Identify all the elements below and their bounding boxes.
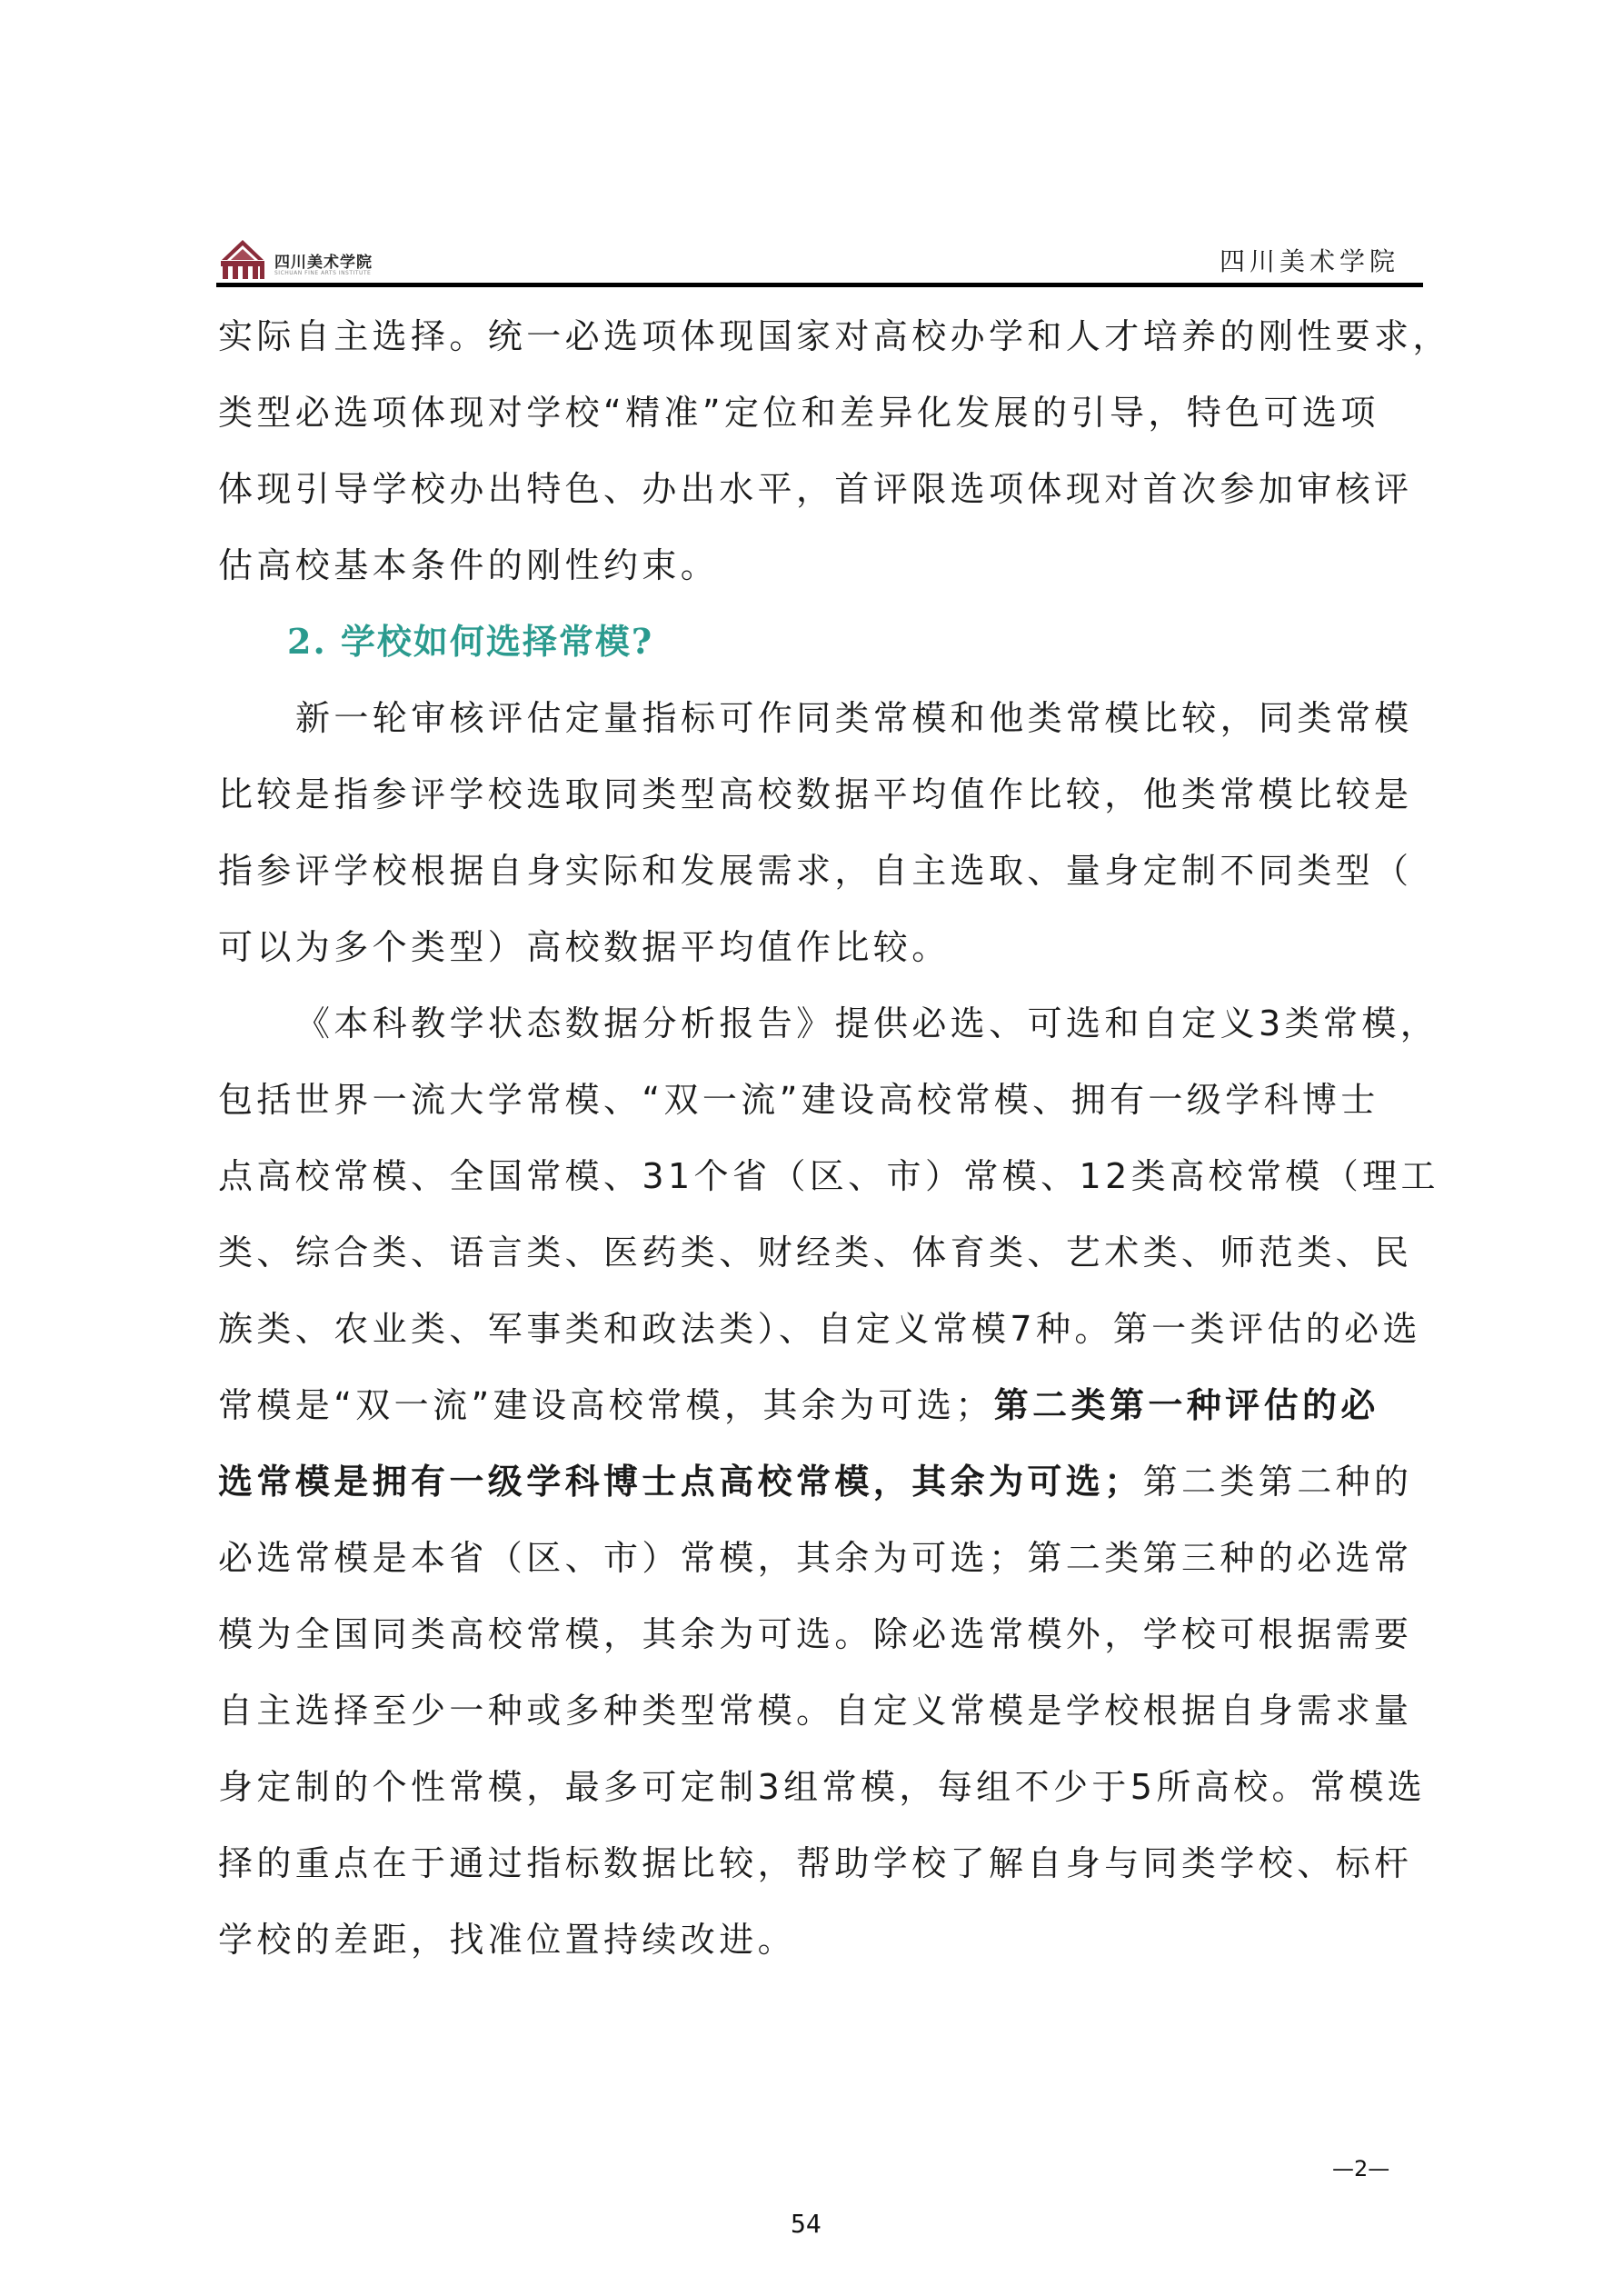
text-line: 身定制的个性常模，最多可定制3组常模，每组不少于5所高校。常模选 [218,1767,1426,1807]
text-line: 选常模是拥有一级学科博士点高校常模，其余为可选；第二类第二种的 [218,1462,1412,1502]
building-logo-icon [218,238,267,280]
text-line: 新一轮审核评估定量指标可作同类常模和他类常模比较，同类常模 [295,698,1413,738]
text-line: 体现引导学校办出特色、办出水平，首评限选项体现对首次参加审核评 [218,469,1412,509]
logo-chinese-text: 四川美术学院 [274,249,373,272]
text-bold: 第二类第一种评估的必 [994,1385,1379,1425]
text-line: 包括世界一流大学常模、“双一流”建设高校常模、拥有一级学科博士 [218,1080,1379,1120]
text-line: 指参评学校根据自身实际和发展需求，自主选取、量身定制不同类型（ [218,851,1412,891]
text-normal: 常模是“双一流”建设高校常模，其余为可选； [218,1385,994,1425]
document-page: 四川美术学院 SICHUAN FINE ARTS INSTITUTE 四川美术学… [0,0,1623,2296]
institute-logo: 四川美术学院 SICHUAN FINE ARTS INSTITUTE [218,238,409,280]
text-line: 择的重点在于通过指标数据比较，帮助学校了解自身与同类学校、标杆 [218,1843,1412,1883]
inner-page-number: —2— [1332,2156,1389,2181]
text-line: 自主选择至少一种或多种类型常模。自定义常模是学校根据自身需求量 [218,1691,1412,1731]
header-divider [216,283,1423,287]
text-line: 点高校常模、全国常模、31个省（区、市）常模、12类高校常模（理工 [218,1156,1439,1196]
text-line: 模为全国同类高校常模，其余为可选。除必选常模外，学校可根据需要 [218,1614,1412,1654]
text-line: 学校的差距，找准位置持续改进。 [218,1920,796,1960]
text-line: 常模是“双一流”建设高校常模，其余为可选；第二类第一种评估的必 [218,1385,1379,1425]
text-line: 《本科教学状态数据分析报告》提供必选、可选和自定义3类常模， [295,1003,1439,1043]
text-line: 估高校基本条件的刚性约束。 [218,545,719,585]
text-line: 比较是指参评学校选取同类型高校数据平均值作比较，他类常模比较是 [218,774,1412,814]
outer-page-number: 54 [791,2209,821,2239]
text-line: 族类、农业类、军事类和政法类）、自定义常模7种。第一类评估的必选 [218,1309,1421,1349]
text-line: 可以为多个类型）高校数据平均值作比较。 [218,927,951,967]
text-normal: 第二类第二种的 [1143,1462,1413,1502]
text-line: 类、综合类、语言类、医药类、财经类、体育类、艺术类、师范类、民 [218,1233,1412,1273]
logo-english-text: SICHUAN FINE ARTS INSTITUTE [274,270,371,276]
text-line: 必选常模是本省（区、市）常模，其余为可选；第二类第三种的必选常 [218,1538,1412,1578]
text-line: 类型必选项体现对学校“精准”定位和差异化发展的引导，特色可选项 [218,393,1379,433]
text-line: 实际自主选择。统一必选项体现国家对高校办学和人才培养的刚性要求， [218,316,1451,356]
header-title: 四川美术学院 [1220,242,1399,278]
text-bold: 选常模是拥有一级学科博士点高校常模，其余为可选； [218,1462,1143,1502]
section-heading: 2. 学校如何选择常模? [287,622,653,662]
